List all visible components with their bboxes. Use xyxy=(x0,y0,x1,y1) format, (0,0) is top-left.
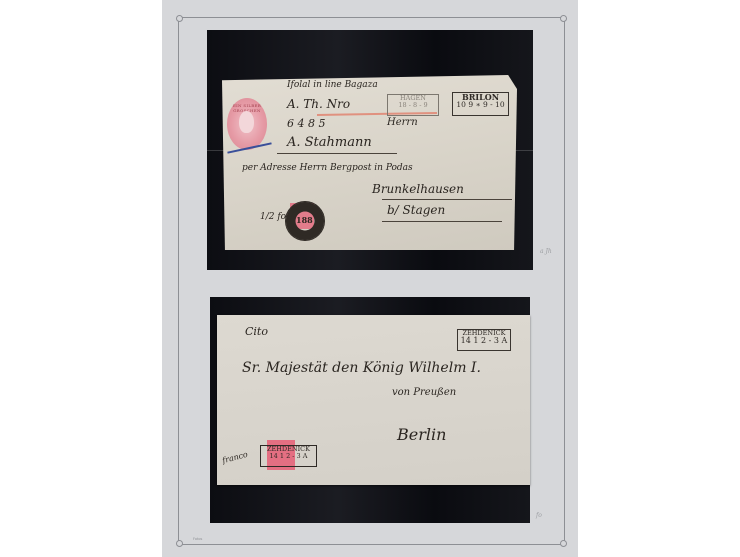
manuscript-note: franco xyxy=(221,450,248,465)
manuscript-underline xyxy=(277,153,397,154)
manuscript-line: b/ Stagen xyxy=(387,203,445,217)
embossed-indicium-icon: EIN SILBER GROSCHEN xyxy=(227,98,267,150)
manuscript-line: A. Stahmann xyxy=(287,135,372,150)
box-cancel-hagen: HAGEN 18 - 8 - 9 xyxy=(387,94,439,116)
manuscript-line: Ifolal in line Bagaza xyxy=(287,80,378,90)
manuscript-underline xyxy=(382,221,502,222)
box-cancel-zehdenick: ZEHDENICK 14 1 2 - 3 A xyxy=(457,329,511,351)
manuscript-line: Berlin xyxy=(397,425,446,444)
album-page: EIN SILBER GROSCHEN HAGEN 18 - 8 - 9 BRI… xyxy=(162,0,578,557)
numeral-cancel-number: 188 xyxy=(296,215,313,225)
stamp-mount-top: EIN SILBER GROSCHEN HAGEN 18 - 8 - 9 BRI… xyxy=(207,30,533,270)
manuscript-line: per Adresse Herrn Bergpost in Podas xyxy=(242,163,413,173)
manuscript-line: Herrn xyxy=(387,117,418,128)
cover-folded-letter[interactable]: ZEHDENICK 14 1 2 - 3 A Cito Sr. Majestät… xyxy=(217,315,530,485)
pencil-margin-note: a Jh xyxy=(540,248,552,255)
cover-postal-stationery[interactable]: EIN SILBER GROSCHEN HAGEN 18 - 8 - 9 BRI… xyxy=(222,75,517,250)
stamp-mount-bottom: ZEHDENICK 14 1 2 - 3 A Cito Sr. Majestät… xyxy=(210,297,530,523)
manuscript-line: A. Th. Nro xyxy=(287,97,350,111)
manuscript-line: Brunkelhausen xyxy=(372,182,464,196)
manuscript-line: 6 4 8 5 xyxy=(287,117,325,130)
manuscript-line: Sr. Majestät den König Wilhelm I. xyxy=(242,360,481,376)
manuscript-line: Cito xyxy=(245,325,268,338)
frame-corner-ornament xyxy=(560,540,567,547)
box-cancel-zehdenick-on-stamp: ZEHDENICK 14 1 2 - 3 A xyxy=(260,445,317,467)
manuscript-note: 1/2 fo xyxy=(260,212,286,222)
portrait-head-icon xyxy=(239,111,254,133)
pencil-margin-note: fo xyxy=(536,512,542,519)
frame-corner-ornament xyxy=(176,540,183,547)
manuscript-line: von Preußen xyxy=(392,387,456,398)
manuscript-underline xyxy=(382,199,512,200)
page-footer-label: Fotos xyxy=(193,537,202,541)
box-cancel-brilon: BRILON 10 9 ∗ 9 - 10 xyxy=(452,92,509,116)
